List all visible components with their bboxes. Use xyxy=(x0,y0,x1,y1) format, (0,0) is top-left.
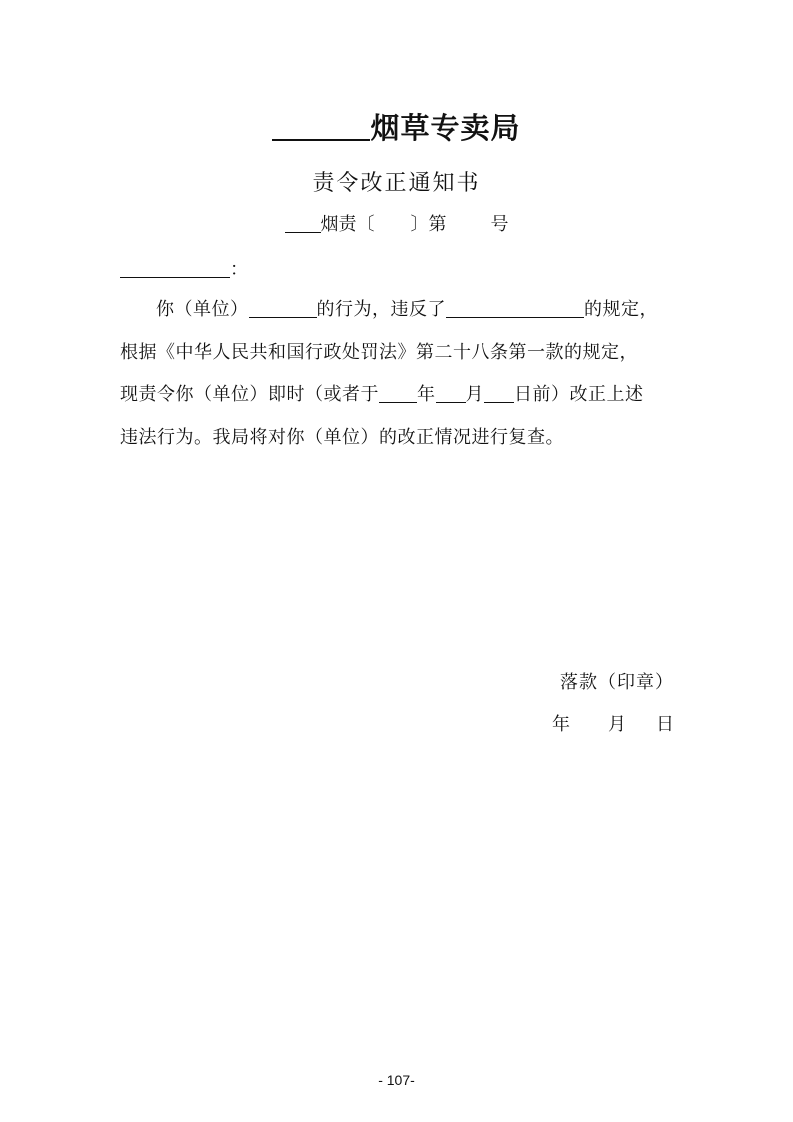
recipient-colon: ： xyxy=(230,259,248,280)
line1-text-a: 你（单位） xyxy=(156,299,249,320)
line3-day: 日前）改正上述 xyxy=(514,384,644,405)
deadline-year-blank[interactable] xyxy=(379,384,417,403)
date-year: 年 xyxy=(552,714,570,735)
recipient-blank[interactable] xyxy=(120,259,230,278)
line3-text-a: 现责令你（单位）即时（或者于 xyxy=(120,384,379,405)
recipient-line: ： xyxy=(120,255,248,281)
docno-close-bracket: 〕 xyxy=(411,214,429,235)
line1-text-c: 的规定， xyxy=(584,299,658,320)
bureau-name-blank[interactable] xyxy=(272,110,370,141)
deadline-month-blank[interactable] xyxy=(436,384,466,403)
title-text: 烟草专卖局 xyxy=(370,111,520,145)
body-line-1: 你（单位）的行为，违反了的规定， xyxy=(156,295,658,321)
body-line-4: 违法行为。我局将对你（单位）的改正情况进行复查。 xyxy=(120,423,564,449)
seal-label: 落款（印章） xyxy=(560,668,674,694)
signature-date: 年月日 xyxy=(552,710,674,736)
document-subtitle: 责令改正通知书 xyxy=(0,166,793,197)
date-day: 日 xyxy=(656,714,674,735)
behavior-blank[interactable] xyxy=(249,299,317,318)
docno-open-bracket: 〔 xyxy=(357,214,375,235)
docno-part1: 烟责 xyxy=(321,214,357,235)
body-line-3: 现责令你（单位）即时（或者于年月日前）改正上述 xyxy=(120,380,644,406)
line3-month: 月 xyxy=(466,384,485,405)
docno-part3: 号 xyxy=(491,214,509,235)
body-line-2: 根据《中华人民共和国行政处罚法》第二十八条第一款的规定， xyxy=(120,338,638,364)
regulation-blank[interactable] xyxy=(446,299,584,318)
line3-year: 年 xyxy=(417,384,436,405)
line1-text-b: 的行为，违反了 xyxy=(317,299,447,320)
deadline-day-blank[interactable] xyxy=(484,384,514,403)
date-month: 月 xyxy=(608,714,626,735)
docno-prefix-blank[interactable] xyxy=(285,214,321,233)
document-number: 烟责〔〕第号 xyxy=(0,210,793,236)
docno-part2: 第 xyxy=(429,214,447,235)
page-number: - 107- xyxy=(0,1072,793,1088)
document-title: 烟草专卖局 xyxy=(0,106,793,147)
